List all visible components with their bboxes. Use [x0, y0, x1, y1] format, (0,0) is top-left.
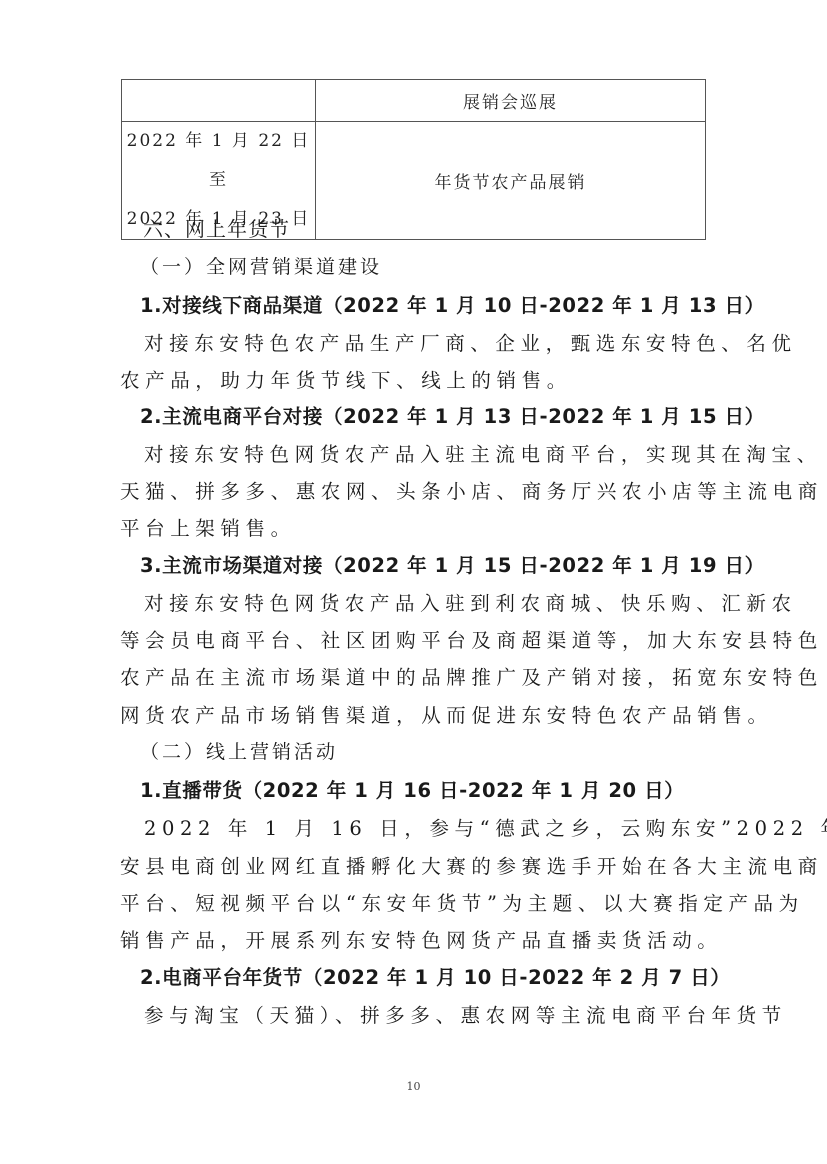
paragraph-line: 农产品，助力年货节线下、线上的销售。: [120, 365, 730, 393]
item-heading: 3.主流市场渠道对接（2022 年 1 月 15 日-2022 年 1 月 19…: [140, 550, 765, 578]
table-cell-event: 年货节农产品展销: [316, 122, 706, 240]
paragraph-line: 网货农产品市场销售渠道，从而促进东安特色农产品销售。: [120, 700, 730, 728]
table-row: 展销会巡展: [122, 80, 706, 122]
paragraph-line: 农产品在主流市场渠道中的品牌推广及产销对接，拓宽东安特色: [120, 662, 730, 690]
item-heading: 2.主流电商平台对接（2022 年 1 月 13 日-2022 年 1 月 15…: [140, 401, 765, 429]
document-page: 展销会巡展 2022 年 1 月 22 日至 2022 年 1 月 23 日 年…: [0, 0, 827, 1164]
table-cell-date: [122, 80, 316, 122]
item-heading: 1.对接线下商品渠道（2022 年 1 月 10 日-2022 年 1 月 13…: [140, 290, 765, 318]
paragraph-line: 对接东安特色农产品生产厂商、企业，甄选东安特色、名优: [144, 328, 730, 356]
subsection-title: （一）全网营销渠道建设: [140, 252, 382, 279]
date-line: 2022 年 1 月 22 日至: [122, 122, 315, 200]
paragraph-line: 对接东安特色网货农产品入驻主流电商平台，实现其在淘宝、: [144, 439, 730, 467]
paragraph-line: 销售产品，开展系列东安特色网货产品直播卖货活动。: [120, 925, 730, 953]
paragraph-line: 天猫、拼多多、惠农网、头条小店、商务厅兴农小店等主流电商: [120, 476, 730, 504]
item-heading: 1.直播带货（2022 年 1 月 16 日-2022 年 1 月 20 日）: [140, 775, 684, 803]
section-title: 六、网上年货节: [143, 213, 290, 242]
paragraph-line: 安县电商创业网红直播孵化大赛的参赛选手开始在各大主流电商: [120, 851, 730, 879]
paragraph-line: 2022 年 1 月 16 日，参与“德武之乡，云购东安”2022 年东: [144, 813, 730, 841]
table-cell-event: 展销会巡展: [316, 80, 706, 122]
paragraph-line: 平台上架销售。: [120, 513, 730, 541]
item-heading: 2.电商平台年货节（2022 年 1 月 10 日-2022 年 2 月 7 日…: [140, 962, 730, 990]
page-number: 10: [0, 1080, 827, 1093]
paragraph-line: 等会员电商平台、社区团购平台及商超渠道等，加大东安县特色: [120, 625, 730, 653]
paragraph-line: 平台、短视频平台以“东安年货节”为主题、以大赛指定产品为: [120, 888, 730, 916]
paragraph-line: 参与淘宝（天猫）、拼多多、惠农网等主流电商平台年货节: [144, 1000, 730, 1028]
subsection-title: （二）线上营销活动: [140, 737, 338, 764]
paragraph-line: 对接东安特色网货农产品入驻到利农商城、快乐购、汇新农: [144, 588, 730, 616]
